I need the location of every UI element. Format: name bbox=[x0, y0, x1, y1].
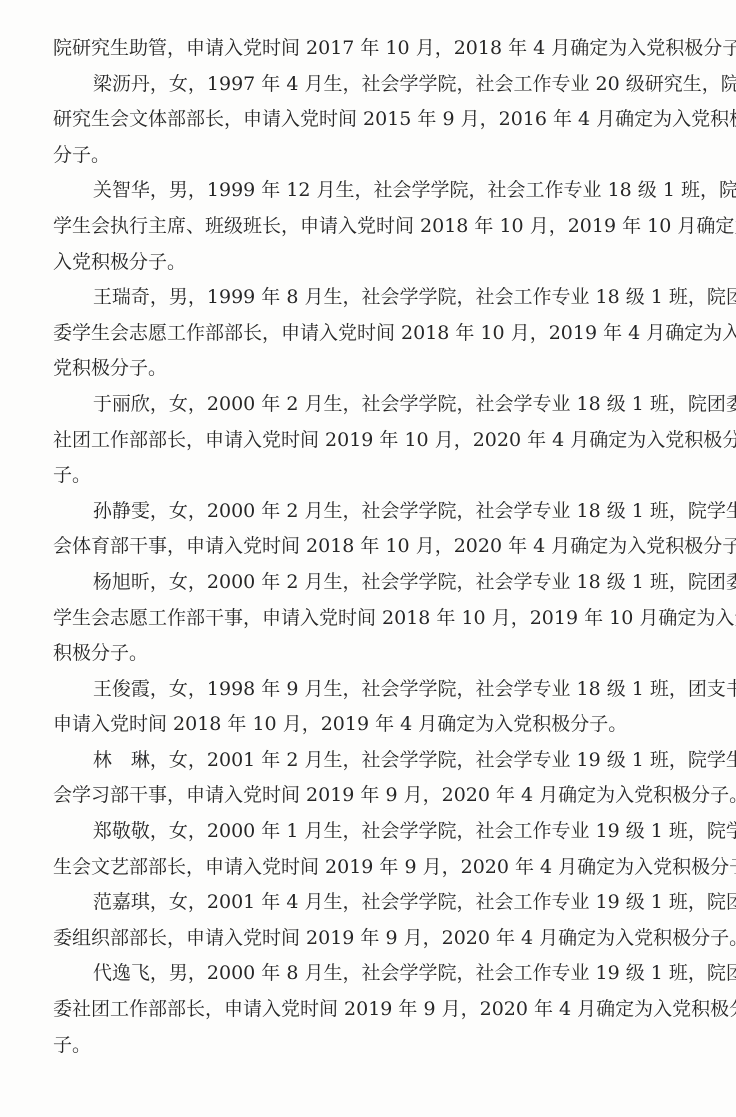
text-line: 代逸飞，男，2000 年 8 月生，社会学学院，社会工作专业 19 级 1 班，… bbox=[53, 956, 705, 992]
paragraph-candidate-zheng: 郑敬敬，女，2000 年 1 月生，社会学学院，社会工作专业 19 级 1 班，… bbox=[53, 814, 705, 885]
paragraph-candidate-lin: 林 琳，女，2001 年 2 月生，社会学学院，社会学专业 19 级 1 班，院… bbox=[53, 743, 705, 814]
paragraph-candidate-liang: 梁沥丹，女，1997 年 4 月生，社会学学院，社会工作专业 20 级研究生，院… bbox=[53, 67, 705, 174]
paragraph-candidate-fan: 范嘉琪，女，2001 年 4 月生，社会学学院，社会工作专业 19 级 1 班，… bbox=[53, 885, 705, 956]
text-line: 郑敬敬，女，2000 年 1 月生，社会学学院，社会工作专业 19 级 1 班，… bbox=[53, 814, 705, 850]
text-line: 申请入党时间 2018 年 10 月，2019 年 4 月确定为入党积极分子。 bbox=[53, 707, 705, 743]
paragraph-continuation: 院研究生助管，申请入党时间 2017 年 10 月，2018 年 4 月确定为入… bbox=[53, 31, 705, 67]
text-line: 关智华，男，1999 年 12 月生，社会学学院，社会工作专业 18 级 1 班… bbox=[53, 173, 705, 209]
text-line: 委学生会志愿工作部部长，申请入党时间 2018 年 10 月，2019 年 4 … bbox=[53, 316, 705, 352]
paragraph-candidate-dai: 代逸飞，男，2000 年 8 月生，社会学学院，社会工作专业 19 级 1 班，… bbox=[53, 956, 705, 1063]
text-line: 社团工作部部长，申请入党时间 2019 年 10 月，2020 年 4 月确定为… bbox=[53, 423, 705, 459]
text-line: 研究生会文体部部长，申请入党时间 2015 年 9 月，2016 年 4 月确定… bbox=[53, 102, 705, 138]
text-line: 入党积极分子。 bbox=[53, 245, 705, 281]
paragraph-candidate-guan: 关智华，男，1999 年 12 月生，社会学学院，社会工作专业 18 级 1 班… bbox=[53, 173, 705, 280]
paragraph-candidate-yu: 于丽欣，女，2000 年 2 月生，社会学学院，社会学专业 18 级 1 班，院… bbox=[53, 387, 705, 494]
text-line: 委社团工作部部长，申请入党时间 2019 年 9 月，2020 年 4 月确定为… bbox=[53, 992, 705, 1028]
text-line: 孙静雯，女，2000 年 2 月生，社会学学院，社会学专业 18 级 1 班，院… bbox=[53, 494, 705, 530]
text-line: 王瑞奇，男，1999 年 8 月生，社会学学院，社会工作专业 18 级 1 班，… bbox=[53, 280, 705, 316]
text-line: 党积极分子。 bbox=[53, 351, 705, 387]
text-line: 王俊霞，女，1998 年 9 月生，社会学学院，社会学专业 18 级 1 班，团… bbox=[53, 672, 705, 708]
text-line: 生会文艺部部长，申请入党时间 2019 年 9 月，2020 年 4 月确定为入… bbox=[53, 850, 705, 886]
text-line: 会学习部干事，申请入党时间 2019 年 9 月，2020 年 4 月确定为入党… bbox=[53, 778, 705, 814]
paragraph-candidate-yang: 杨旭昕，女，2000 年 2 月生，社会学学院，社会学专业 18 级 1 班，院… bbox=[53, 565, 705, 672]
document-page: 院研究生助管，申请入党时间 2017 年 10 月，2018 年 4 月确定为入… bbox=[53, 31, 705, 1063]
paragraph-candidate-wang-ruiqi: 王瑞奇，男，1999 年 8 月生，社会学学院，社会工作专业 18 级 1 班，… bbox=[53, 280, 705, 387]
text-line: 林 琳，女，2001 年 2 月生，社会学学院，社会学专业 19 级 1 班，院… bbox=[53, 743, 705, 779]
text-line: 学生会志愿工作部干事，申请入党时间 2018 年 10 月，2019 年 10 … bbox=[53, 601, 705, 637]
text-line: 于丽欣，女，2000 年 2 月生，社会学学院，社会学专业 18 级 1 班，院… bbox=[53, 387, 705, 423]
paragraph-candidate-sun: 孙静雯，女，2000 年 2 月生，社会学学院，社会学专业 18 级 1 班，院… bbox=[53, 494, 705, 565]
text-line: 委组织部部长，申请入党时间 2019 年 9 月，2020 年 4 月确定为入党… bbox=[53, 921, 705, 957]
text-line: 学生会执行主席、班级班长，申请入党时间 2018 年 10 月，2019 年 1… bbox=[53, 209, 705, 245]
text-line: 子。 bbox=[53, 458, 705, 494]
text-line: 梁沥丹，女，1997 年 4 月生，社会学学院，社会工作专业 20 级研究生，院 bbox=[53, 67, 705, 103]
paragraph-candidate-wang-junxia: 王俊霞，女，1998 年 9 月生，社会学学院，社会学专业 18 级 1 班，团… bbox=[53, 672, 705, 743]
text-line: 范嘉琪，女，2001 年 4 月生，社会学学院，社会工作专业 19 级 1 班，… bbox=[53, 885, 705, 921]
text-line: 院研究生助管，申请入党时间 2017 年 10 月，2018 年 4 月确定为入… bbox=[53, 31, 705, 67]
text-line: 会体育部干事，申请入党时间 2018 年 10 月，2020 年 4 月确定为入… bbox=[53, 529, 705, 565]
text-line: 分子。 bbox=[53, 138, 705, 174]
text-line: 积极分子。 bbox=[53, 636, 705, 672]
text-line: 杨旭昕，女，2000 年 2 月生，社会学学院，社会学专业 18 级 1 班，院… bbox=[53, 565, 705, 601]
text-line: 子。 bbox=[53, 1028, 705, 1064]
